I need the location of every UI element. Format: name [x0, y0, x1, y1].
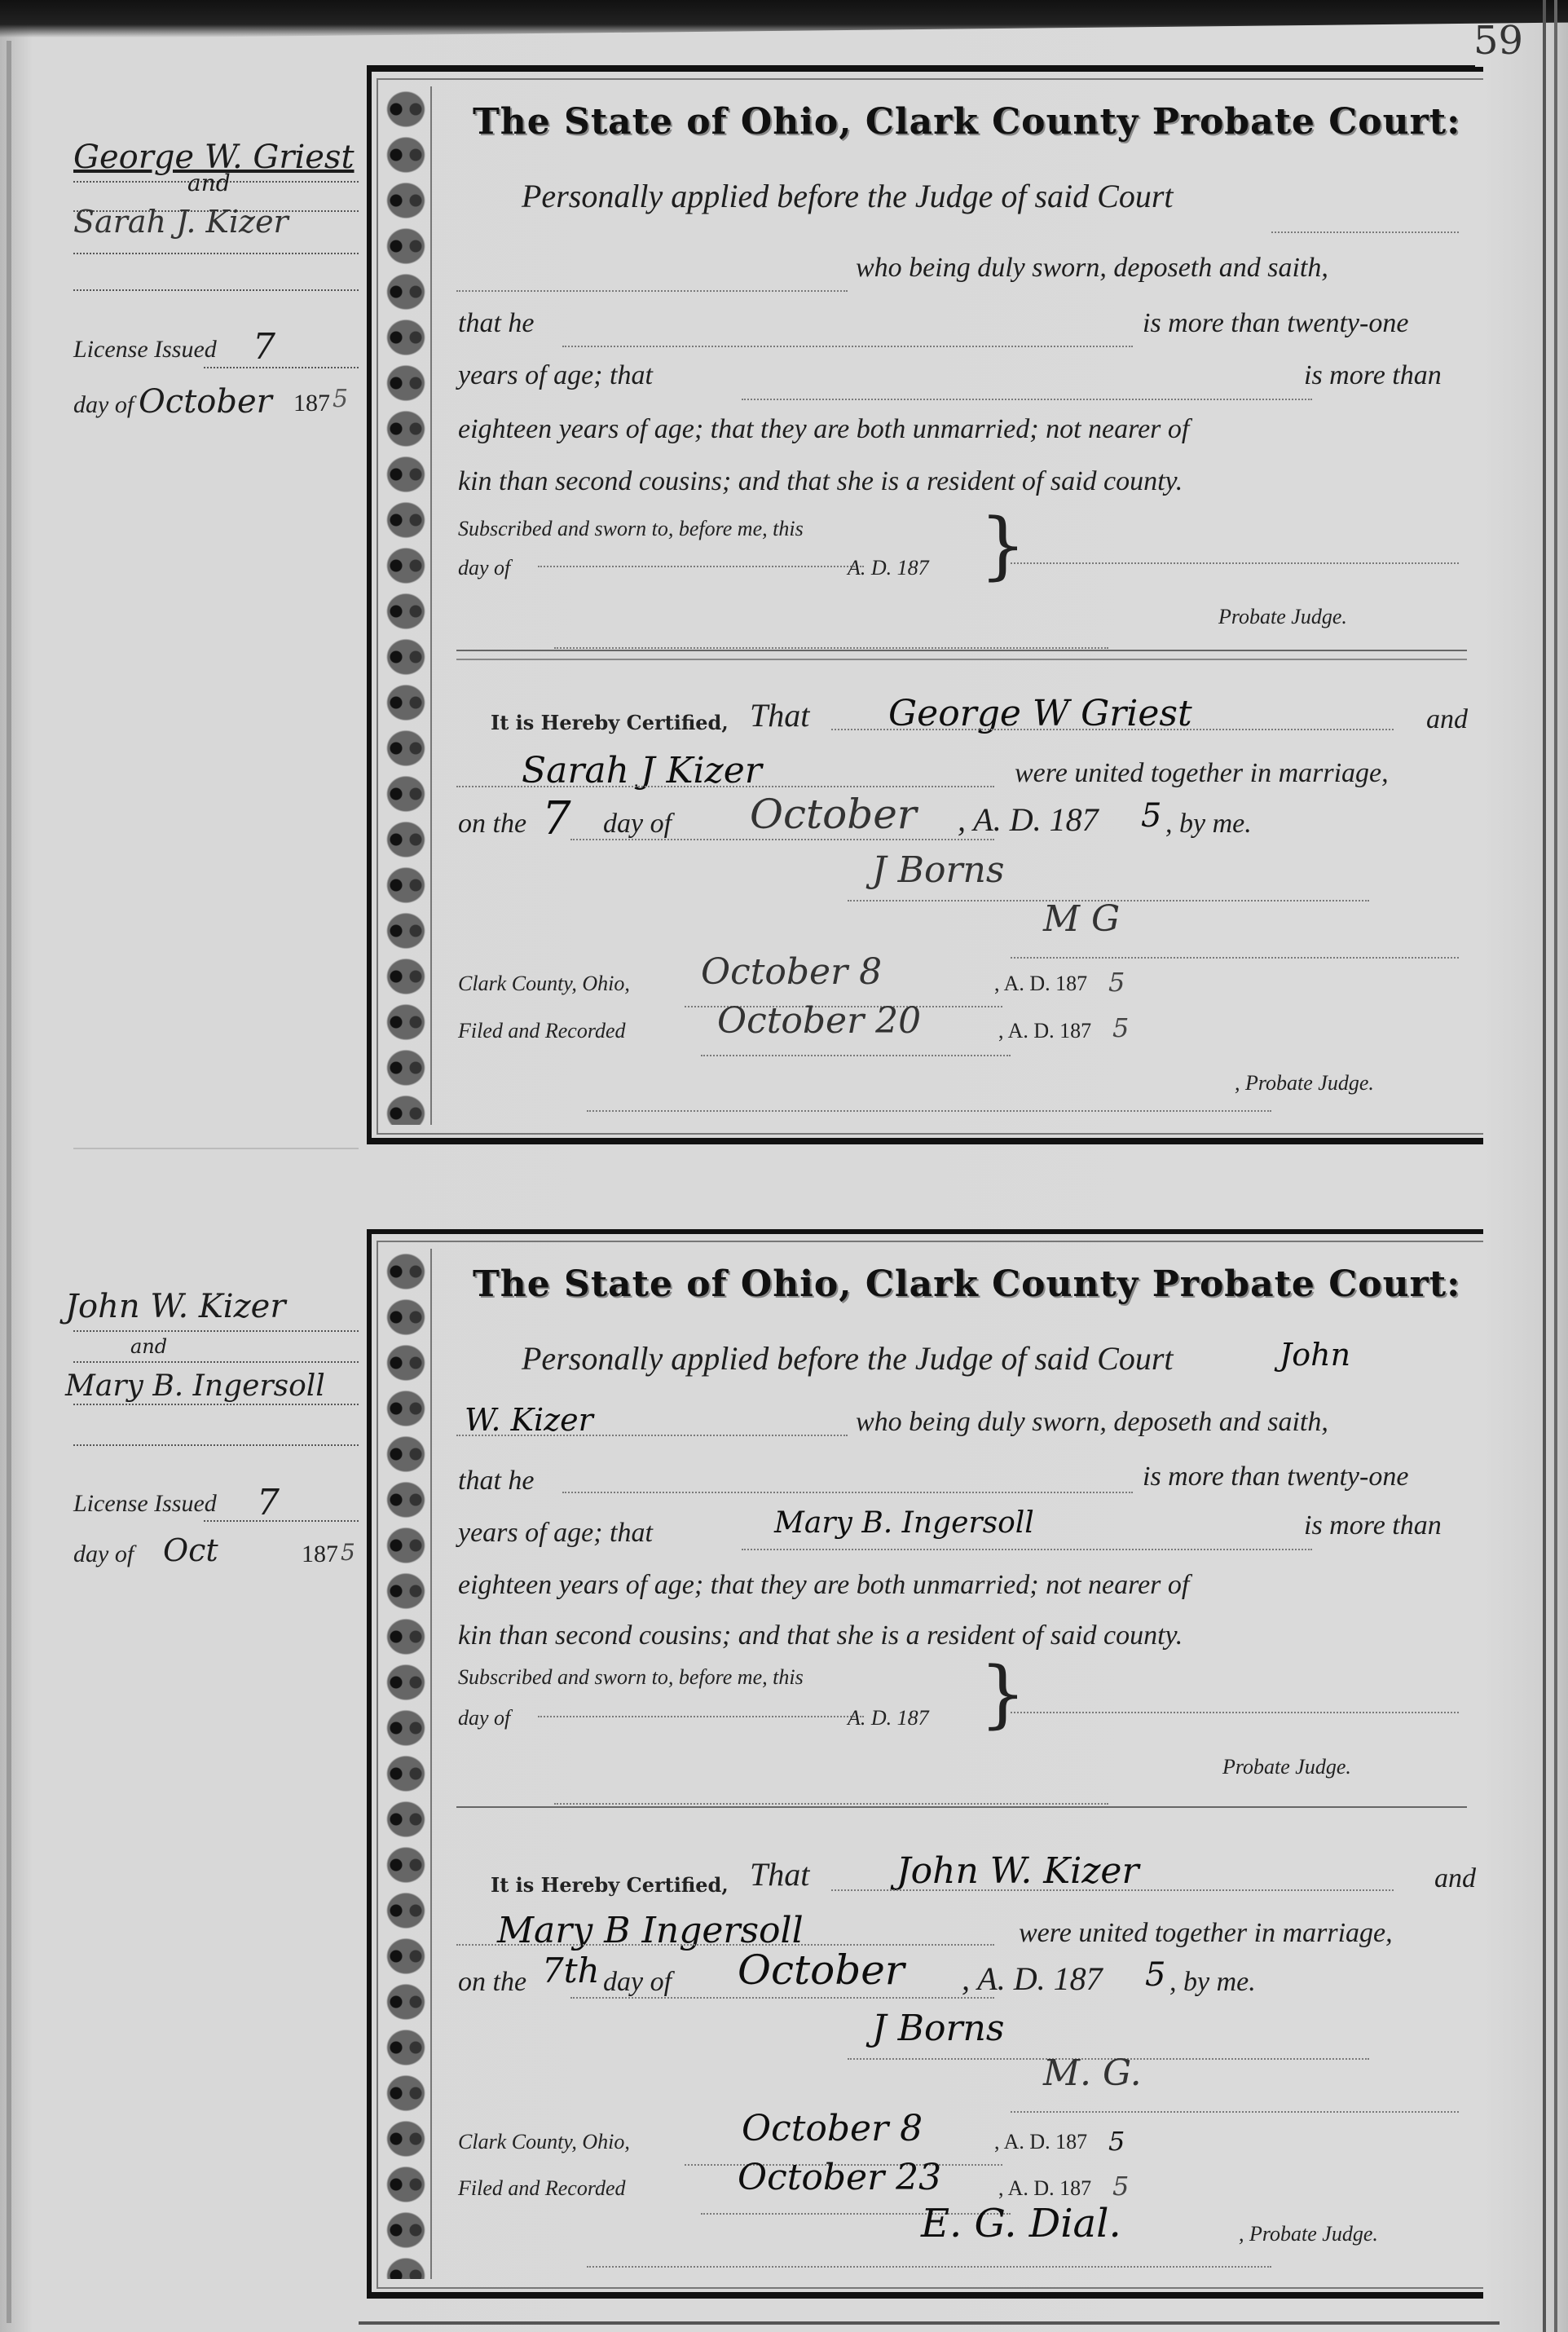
form-title: The State of Ohio, Clark County Probate … — [473, 1263, 1460, 1305]
filed-ad: , A. D. 187 — [998, 1019, 1091, 1043]
page-number: 59 — [1473, 18, 1523, 64]
return-ad: , A. D. 187 — [994, 2130, 1087, 2154]
stub-bride-name: Mary B. Ingersoll — [65, 1369, 325, 1403]
floral-border-ornament — [381, 86, 432, 1125]
judge-label: , Probate Judge. — [1235, 1071, 1374, 1095]
marriage-form-1: The State of Ohio, Clark County Probate … — [367, 67, 1483, 1144]
license-issued-label: License Issued — [73, 336, 217, 364]
and-label: and — [1434, 1863, 1476, 1894]
license-issued-label: License Issued — [73, 1490, 217, 1518]
marriage-form-2: The State of Ohio, Clark County Probate … — [367, 1229, 1483, 2299]
stub-connector: and — [130, 1335, 167, 1358]
over-than-text: is more than — [1304, 360, 1442, 391]
floral-border-ornament — [381, 1249, 432, 2279]
stub-bride-name: Sarah J. Kizer — [73, 204, 288, 240]
filed-year-suffix: 5 — [1112, 2171, 1129, 2202]
kin-text: kin than second cousins; and that she is… — [458, 1620, 1183, 1651]
stub-rule — [204, 367, 359, 368]
eighteen-text: eighteen years of age; that they are bot… — [458, 414, 1189, 445]
return-year-suffix: 5 — [1108, 967, 1125, 998]
license-year-suffix: 5 — [333, 385, 348, 413]
stub-rule — [73, 1330, 359, 1332]
license-year-suffix: 5 — [341, 1539, 355, 1566]
applicant-name: John — [1280, 1337, 1350, 1373]
license-day: 7 — [257, 1482, 280, 1523]
section-divider — [456, 1806, 1467, 1808]
applied-text: Personally applied before the Judge of s… — [522, 1339, 1174, 1378]
stub-groom-name: John W. Kizer — [65, 1288, 285, 1325]
united-text: were united together in marriage, — [1019, 1918, 1393, 1949]
day-of-label: day of — [73, 391, 134, 419]
judge-label: , Probate Judge. — [1239, 2222, 1378, 2246]
stub-rule — [73, 289, 359, 291]
eighteen-text: eighteen years of age; that they are bot… — [458, 1570, 1189, 1601]
probate-judge-label: Probate Judge. — [1218, 605, 1347, 629]
record-stub-2: John W. Kizer and Mary B. Ingersoll Lice… — [65, 1272, 359, 1614]
cert-year-suffix: 5 — [1145, 1956, 1165, 1994]
sworn-text: who being duly sworn, deposeth and saith… — [856, 253, 1328, 284]
return-year-suffix: 5 — [1108, 2126, 1125, 2157]
over-21-text: is more than twenty-one — [1143, 308, 1408, 339]
ledger-page: 59 George W. Griest and Sarah J. Kizer L… — [0, 0, 1568, 2332]
over-21-text: is more than twenty-one — [1143, 1461, 1408, 1492]
license-year-prefix: 187 — [302, 1541, 338, 1568]
page-edge-rule — [1543, 0, 1546, 2332]
cert-year-suffix: 5 — [1141, 797, 1161, 835]
filed-ad: , A. D. 187 — [998, 2176, 1091, 2201]
and-label: and — [1426, 704, 1468, 735]
stub-rule — [73, 1361, 359, 1363]
stub-divider — [73, 1148, 359, 1149]
day-of-label: day of — [73, 1541, 134, 1568]
license-month: October — [139, 383, 272, 421]
over-than-text: is more than — [1304, 1510, 1442, 1541]
united-text: were united together in marriage, — [1015, 758, 1389, 789]
return-ad: , A. D. 187 — [994, 972, 1087, 996]
by-me-text: , by me. — [1169, 1967, 1256, 1998]
stub-rule — [73, 1444, 359, 1446]
stub-connector: and — [187, 170, 231, 196]
section-divider — [456, 659, 1467, 660]
ad-script: , A. D. 187 — [958, 800, 1099, 839]
kin-text: kin than second cousins; and that she is… — [458, 466, 1183, 497]
sworn-text: who being duly sworn, deposeth and saith… — [856, 1407, 1328, 1438]
license-month: Oct — [163, 1532, 218, 1568]
by-me-text: , by me. — [1165, 809, 1252, 840]
license-year-prefix: 187 — [293, 390, 330, 417]
book-spine — [7, 41, 11, 2323]
page-edge-rule — [1554, 0, 1557, 2332]
license-day: 7 — [253, 326, 275, 368]
form-title: The State of Ohio, Clark County Probate … — [473, 101, 1460, 143]
stub-rule — [73, 1404, 359, 1405]
bottom-edge-rule — [359, 2321, 1500, 2325]
stub-rule — [73, 253, 359, 254]
stub-rule — [204, 1520, 359, 1522]
section-divider — [456, 650, 1467, 651]
page-top-shadow — [0, 0, 1568, 37]
ad-script: , A. D. 187 — [962, 1959, 1103, 1998]
record-stub-1: George W. Griest and Sarah J. Kizer Lice… — [65, 122, 359, 465]
probate-judge-label: Probate Judge. — [1222, 1755, 1351, 1779]
filed-year-suffix: 5 — [1112, 1012, 1129, 1043]
